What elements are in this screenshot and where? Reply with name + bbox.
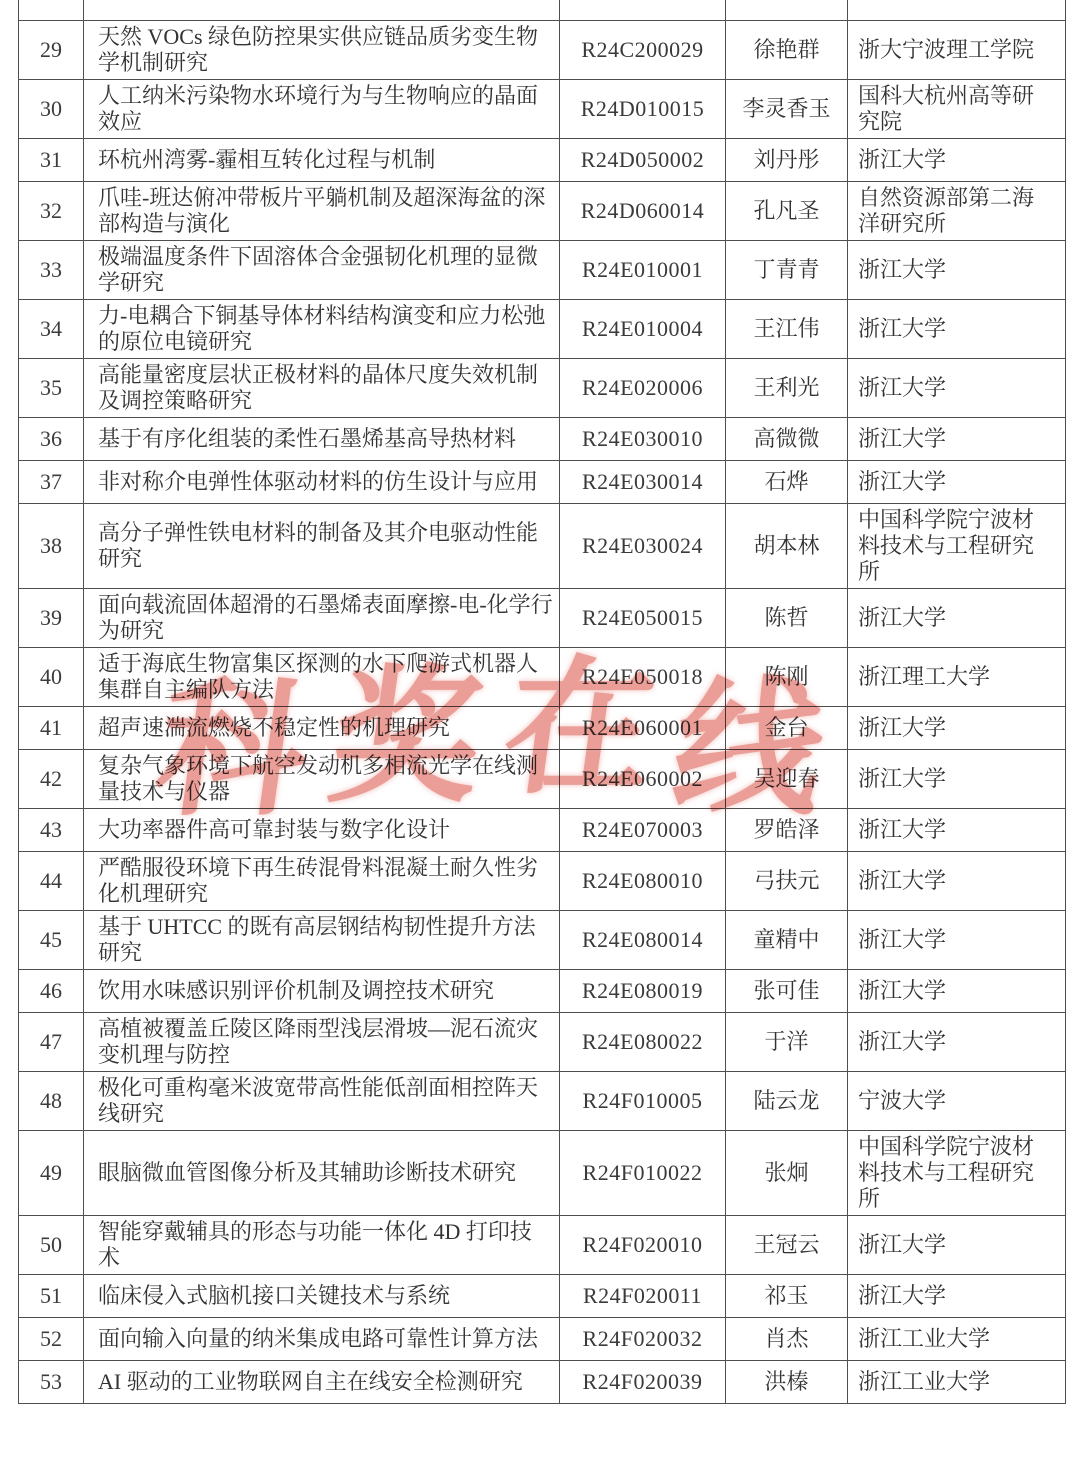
- table-row: 40 适于海底生物富集区探测的水下爬游式机器人集群自主编队方法 R24E0500…: [19, 647, 1065, 706]
- row-number-cell: 32: [19, 182, 83, 240]
- row-number-cell: 44: [19, 852, 83, 910]
- project-code-cell: R24E010004: [559, 300, 725, 358]
- project-title-cell: 饮用水味感识别评价机制及调控技术研究: [83, 970, 559, 1012]
- project-code-cell: R24F010022: [559, 1131, 725, 1215]
- project-title-cell: 基于有序化组装的柔性石墨烯基高导热材料: [83, 418, 559, 460]
- table-row: 31 环杭州湾雾-霾相互转化过程与机制 R24D050002 刘丹彤 浙江大学: [19, 138, 1065, 181]
- row-number-cell: 42: [19, 750, 83, 808]
- project-title-cell: 天然 VOCs 绿色防控果实供应链品质劣变生物学机制研究: [83, 21, 559, 79]
- table-row: 30 人工纳米污染物水环境行为与生物响应的晶面效应 R24D010015 李灵香…: [19, 79, 1065, 138]
- pi-name-cell: 胡本林: [725, 504, 847, 588]
- table-row: 48 极化可重构毫米波宽带高性能低剖面相控阵天线研究 R24F010005 陆云…: [19, 1071, 1065, 1130]
- project-code-cell: R24E080014: [559, 911, 725, 969]
- institution-cell: 浙江大学: [847, 970, 1065, 1012]
- project-title-cell: AI 驱动的工业物联网自主在线安全检测研究: [83, 1361, 559, 1403]
- institution-cell: 浙江大学: [847, 707, 1065, 749]
- row-number-cell: 52: [19, 1318, 83, 1360]
- project-title-cell: 超声速湍流燃烧不稳定性的机理研究: [83, 707, 559, 749]
- name-cell: [725, 0, 847, 20]
- table-row: 43 大功率器件高可靠封装与数字化设计 R24E070003 罗皓泽 浙江大学: [19, 808, 1065, 851]
- row-number-cell: 39: [19, 589, 83, 647]
- table-row: 44 严酷服役环境下再生砖混骨料混凝土耐久性劣化机理研究 R24E080010 …: [19, 851, 1065, 910]
- pi-name-cell: 陈哲: [725, 589, 847, 647]
- project-code-cell: R24E080022: [559, 1013, 725, 1071]
- project-code-cell: R24E080019: [559, 970, 725, 1012]
- project-code-cell: R24C200029: [559, 21, 725, 79]
- institution-cell: 浙江大学: [847, 300, 1065, 358]
- row-number-cell: 46: [19, 970, 83, 1012]
- row-number-cell: 30: [19, 80, 83, 138]
- institution-cell: 浙江大学: [847, 750, 1065, 808]
- institution-cell: 浙江大学: [847, 139, 1065, 181]
- pi-name-cell: 祁玉: [725, 1275, 847, 1317]
- table-row: 45 基于 UHTCC 的既有高层钢结构韧性提升方法研究 R24E080014 …: [19, 910, 1065, 969]
- row-number-cell: 41: [19, 707, 83, 749]
- pi-name-cell: 于洋: [725, 1013, 847, 1071]
- institution-cell: 中国科学院宁波材料技术与工程研究所: [847, 504, 1065, 588]
- pi-name-cell: 吴迎春: [725, 750, 847, 808]
- project-code-cell: R24F020039: [559, 1361, 725, 1403]
- project-title-cell: 面向载流固体超滑的石墨烯表面摩擦-电-化学行为研究: [83, 589, 559, 647]
- project-title-cell: 爪哇-班达俯冲带板片平躺机制及超深海盆的深部构造与演化: [83, 182, 559, 240]
- institution-cell: 浙大宁波理工学院: [847, 21, 1065, 79]
- row-number-cell: 35: [19, 359, 83, 417]
- row-number-cell: 40: [19, 648, 83, 706]
- pi-name-cell: 孔凡圣: [725, 182, 847, 240]
- project-title-cell: 临床侵入式脑机接口关键技术与系统: [83, 1275, 559, 1317]
- projects-table: 29 天然 VOCs 绿色防控果实供应链品质劣变生物学机制研究 R24C2000…: [18, 0, 1066, 1404]
- table-row: 33 极端温度条件下固溶体合金强韧化机理的显微学研究 R24E010001 丁青…: [19, 240, 1065, 299]
- row-number-cell: 53: [19, 1361, 83, 1403]
- table-row: 53 AI 驱动的工业物联网自主在线安全检测研究 R24F020039 洪榛 浙…: [19, 1360, 1065, 1403]
- institution-cell: 浙江大学: [847, 359, 1065, 417]
- table-row-clipped: [19, 0, 1065, 20]
- table-row: 35 高能量密度层状正极材料的晶体尺度失效机制及调控策略研究 R24E02000…: [19, 358, 1065, 417]
- row-number-cell: 36: [19, 418, 83, 460]
- project-code-cell: R24D010015: [559, 80, 725, 138]
- project-title-cell: 高植被覆盖丘陵区降雨型浅层滑坡—泥石流灾变机理与防控: [83, 1013, 559, 1071]
- row-number-cell: 37: [19, 461, 83, 503]
- institution-cell: 浙江理工大学: [847, 648, 1065, 706]
- pi-name-cell: 肖杰: [725, 1318, 847, 1360]
- pi-name-cell: 王利光: [725, 359, 847, 417]
- row-number-cell: 34: [19, 300, 83, 358]
- row-number-cell: 45: [19, 911, 83, 969]
- institution-cell: 浙江工业大学: [847, 1361, 1065, 1403]
- institution-cell: 浙江工业大学: [847, 1318, 1065, 1360]
- project-title-cell: 面向输入向量的纳米集成电路可靠性计算方法: [83, 1318, 559, 1360]
- table-row: 49 眼脑微血管图像分析及其辅助诊断技术研究 R24F010022 张炯 中国科…: [19, 1130, 1065, 1215]
- project-code-cell: R24E080010: [559, 852, 725, 910]
- project-title-cell: 环杭州湾雾-霾相互转化过程与机制: [83, 139, 559, 181]
- pi-name-cell: 王江伟: [725, 300, 847, 358]
- table-row: 34 力-电耦合下铜基导体材料结构演变和应力松弛的原位电镜研究 R24E0100…: [19, 299, 1065, 358]
- org-cell: [847, 0, 1065, 20]
- project-title-cell: 适于海底生物富集区探测的水下爬游式机器人集群自主编队方法: [83, 648, 559, 706]
- institution-cell: 浙江大学: [847, 589, 1065, 647]
- project-title-cell: 人工纳米污染物水环境行为与生物响应的晶面效应: [83, 80, 559, 138]
- institution-cell: 浙江大学: [847, 461, 1065, 503]
- table-row: 37 非对称介电弹性体驱动材料的仿生设计与应用 R24E030014 石烨 浙江…: [19, 460, 1065, 503]
- institution-cell: 国科大杭州高等研究院: [847, 80, 1065, 138]
- project-title-cell: 极化可重构毫米波宽带高性能低剖面相控阵天线研究: [83, 1072, 559, 1130]
- project-code-cell: R24D060014: [559, 182, 725, 240]
- table-row: 46 饮用水味感识别评价机制及调控技术研究 R24E080019 张可佳 浙江大…: [19, 969, 1065, 1012]
- table-row: 38 高分子弹性铁电材料的制备及其介电驱动性能研究 R24E030024 胡本林…: [19, 503, 1065, 588]
- table-row: 51 临床侵入式脑机接口关键技术与系统 R24F020011 祁玉 浙江大学: [19, 1274, 1065, 1317]
- project-code-cell: R24E050015: [559, 589, 725, 647]
- project-code-cell: R24E020006: [559, 359, 725, 417]
- pi-name-cell: 王冠云: [725, 1216, 847, 1274]
- pi-name-cell: 石烨: [725, 461, 847, 503]
- table-row: 50 智能穿戴辅具的形态与功能一体化 4D 打印技术 R24F020010 王冠…: [19, 1215, 1065, 1274]
- pi-name-cell: 童精中: [725, 911, 847, 969]
- project-title-cell: 极端温度条件下固溶体合金强韧化机理的显微学研究: [83, 241, 559, 299]
- institution-cell: 浙江大学: [847, 1275, 1065, 1317]
- project-code-cell: R24E060002: [559, 750, 725, 808]
- pi-name-cell: 高微微: [725, 418, 847, 460]
- project-title-cell: 复杂气象环境下航空发动机多相流光学在线测量技术与仪器: [83, 750, 559, 808]
- table-row: 32 爪哇-班达俯冲带板片平躺机制及超深海盆的深部构造与演化 R24D06001…: [19, 181, 1065, 240]
- row-number-cell: 49: [19, 1131, 83, 1215]
- project-code-cell: R24E050018: [559, 648, 725, 706]
- institution-cell: 浙江大学: [847, 418, 1065, 460]
- pi-name-cell: 刘丹彤: [725, 139, 847, 181]
- table-row: 39 面向载流固体超滑的石墨烯表面摩擦-电-化学行为研究 R24E050015 …: [19, 588, 1065, 647]
- project-title-cell: 严酷服役环境下再生砖混骨料混凝土耐久性劣化机理研究: [83, 852, 559, 910]
- pi-name-cell: 徐艳群: [725, 21, 847, 79]
- row-number-cell: 48: [19, 1072, 83, 1130]
- institution-cell: 浙江大学: [847, 809, 1065, 851]
- pi-name-cell: 张炯: [725, 1131, 847, 1215]
- project-code-cell: R24E030024: [559, 504, 725, 588]
- project-code-cell: R24D050002: [559, 139, 725, 181]
- project-title-cell: 大功率器件高可靠封装与数字化设计: [83, 809, 559, 851]
- project-title-cell: 力-电耦合下铜基导体材料结构演变和应力松弛的原位电镜研究: [83, 300, 559, 358]
- pi-name-cell: 弓扶元: [725, 852, 847, 910]
- project-code-cell: R24F010005: [559, 1072, 725, 1130]
- project-code-cell: R24E030014: [559, 461, 725, 503]
- pi-name-cell: 丁青青: [725, 241, 847, 299]
- row-number-cell: 33: [19, 241, 83, 299]
- code-cell: [559, 0, 725, 20]
- institution-cell: 自然资源部第二海洋研究所: [847, 182, 1065, 240]
- row-number-cell: 31: [19, 139, 83, 181]
- row-number-cell: 43: [19, 809, 83, 851]
- institution-cell: 浙江大学: [847, 241, 1065, 299]
- title-cell: [83, 0, 559, 20]
- table-row: 47 高植被覆盖丘陵区降雨型浅层滑坡—泥石流灾变机理与防控 R24E080022…: [19, 1012, 1065, 1071]
- project-code-cell: R24E010001: [559, 241, 725, 299]
- project-title-cell: 智能穿戴辅具的形态与功能一体化 4D 打印技术: [83, 1216, 559, 1274]
- row-number-cell: [19, 0, 83, 20]
- project-code-cell: R24F020011: [559, 1275, 725, 1317]
- pi-name-cell: 张可佳: [725, 970, 847, 1012]
- row-number-cell: 50: [19, 1216, 83, 1274]
- project-title-cell: 高分子弹性铁电材料的制备及其介电驱动性能研究: [83, 504, 559, 588]
- table-row: 29 天然 VOCs 绿色防控果实供应链品质劣变生物学机制研究 R24C2000…: [19, 20, 1065, 79]
- project-code-cell: R24E070003: [559, 809, 725, 851]
- institution-cell: 浙江大学: [847, 852, 1065, 910]
- table-row: 36 基于有序化组装的柔性石墨烯基高导热材料 R24E030010 高微微 浙江…: [19, 417, 1065, 460]
- project-title-cell: 基于 UHTCC 的既有高层钢结构韧性提升方法研究: [83, 911, 559, 969]
- table-row: 41 超声速湍流燃烧不稳定性的机理研究 R24E060001 金台 浙江大学: [19, 706, 1065, 749]
- pi-name-cell: 李灵香玉: [725, 80, 847, 138]
- row-number-cell: 51: [19, 1275, 83, 1317]
- project-title-cell: 非对称介电弹性体驱动材料的仿生设计与应用: [83, 461, 559, 503]
- project-code-cell: R24E060001: [559, 707, 725, 749]
- pi-name-cell: 金台: [725, 707, 847, 749]
- pi-name-cell: 陆云龙: [725, 1072, 847, 1130]
- institution-cell: 宁波大学: [847, 1072, 1065, 1130]
- table-row: 42 复杂气象环境下航空发动机多相流光学在线测量技术与仪器 R24E060002…: [19, 749, 1065, 808]
- project-code-cell: R24E030010: [559, 418, 725, 460]
- institution-cell: 中国科学院宁波材料技术与工程研究所: [847, 1131, 1065, 1215]
- institution-cell: 浙江大学: [847, 1216, 1065, 1274]
- project-title-cell: 高能量密度层状正极材料的晶体尺度失效机制及调控策略研究: [83, 359, 559, 417]
- project-title-cell: 眼脑微血管图像分析及其辅助诊断技术研究: [83, 1131, 559, 1215]
- institution-cell: 浙江大学: [847, 911, 1065, 969]
- row-number-cell: 29: [19, 21, 83, 79]
- project-code-cell: R24F020010: [559, 1216, 725, 1274]
- pi-name-cell: 陈刚: [725, 648, 847, 706]
- table-row: 52 面向输入向量的纳米集成电路可靠性计算方法 R24F020032 肖杰 浙江…: [19, 1317, 1065, 1360]
- project-code-cell: R24F020032: [559, 1318, 725, 1360]
- row-number-cell: 47: [19, 1013, 83, 1071]
- row-number-cell: 38: [19, 504, 83, 588]
- pi-name-cell: 洪榛: [725, 1361, 847, 1403]
- institution-cell: 浙江大学: [847, 1013, 1065, 1071]
- pi-name-cell: 罗皓泽: [725, 809, 847, 851]
